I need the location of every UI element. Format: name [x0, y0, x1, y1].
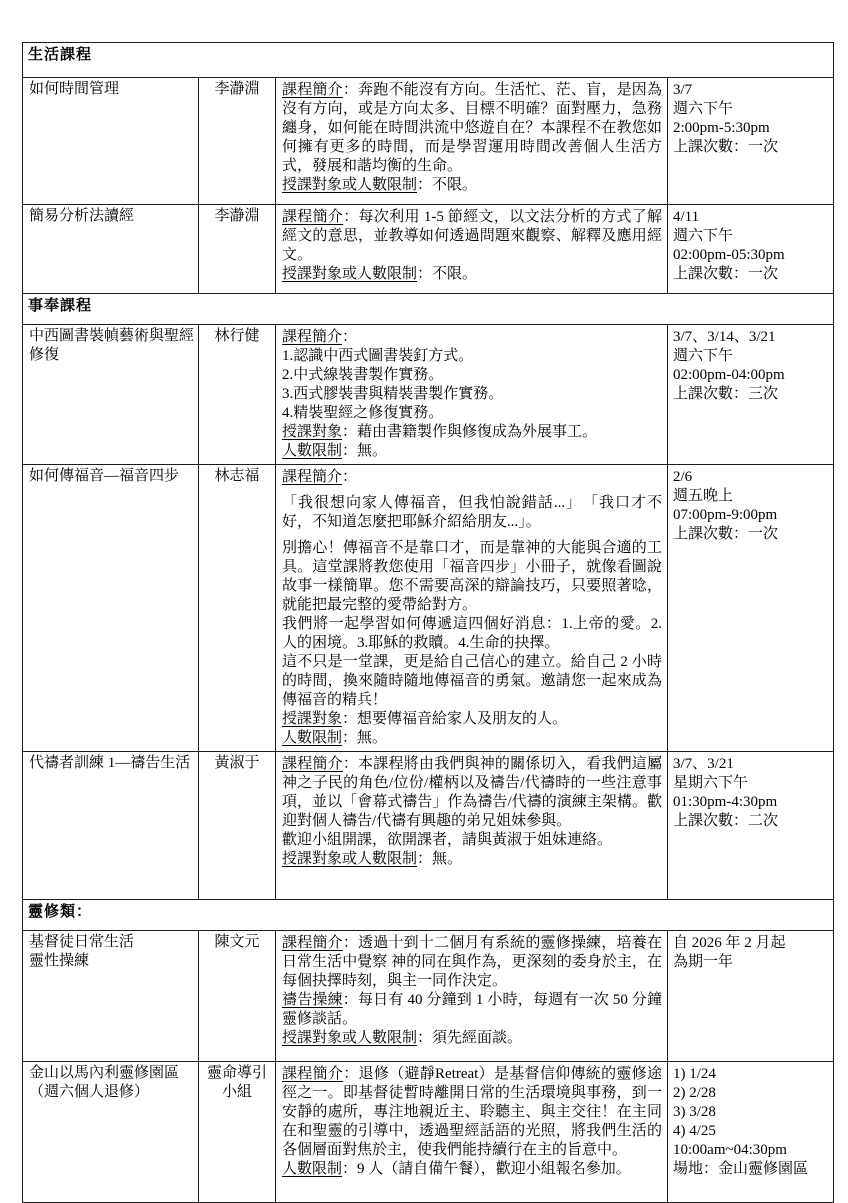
course-teacher-cell: 林志福 [199, 465, 276, 752]
course-row: 基督徒日常生活靈性操練陳文元課程簡介：透過十到十二個月有系統的靈修操練，培養在日… [23, 931, 834, 1062]
description-paragraph: 3.西式膠裝書與精裝書製作實務。 [282, 385, 662, 404]
description-paragraph: 1.認識中西式圖書裝釘方式。 [282, 347, 662, 366]
field-label: 課程簡介 [282, 935, 343, 951]
course-teacher: 林志福 [201, 467, 273, 486]
schedule-line: 3) 3/28 [673, 1103, 830, 1122]
schedule-line: 上課次數：三次 [673, 385, 830, 404]
course-description-cell: 課程簡介：透過十到十二個月有系統的靈修操練，培養在日常生活中覺察 神的同在與作為… [276, 931, 668, 1062]
field-label: 課程簡介 [282, 756, 343, 772]
description-paragraph: 課程簡介：本課程將由我們與神的關係切入，看我們這屬神之子民的角色/位份/權柄以及… [282, 755, 662, 831]
field-label: 人數限制 [282, 443, 342, 459]
course-schedule-cell: 3/7、3/14、3/21週六下午02:00pm-04:00pm上課次數：三次 [668, 325, 834, 465]
course-teacher: 林行健 [201, 327, 273, 346]
section-header: 生活課程 [23, 43, 834, 78]
description-paragraph: 課程簡介：奔跑不能沒有方向。生活忙、茫、盲，是因為沒有方向，或是方向太多、目標不… [282, 81, 662, 176]
description-paragraph: 人數限制：9 人（請自備午餐），歡迎小組報名參加。 [282, 1160, 662, 1179]
course-description-cell: 課程簡介：「我很想向家人傳福音，但我怕說錯話...」 「我口才不好，不知道怎麼把… [276, 465, 668, 752]
field-label: 授課對象或人數限制 [282, 1030, 417, 1046]
description-paragraph: 授課對象或人數限制：無。 [282, 850, 662, 869]
field-label: 授課對象或人數限制 [282, 851, 417, 867]
section-header-row: 靈修類： [23, 900, 834, 931]
description-paragraph: 「我很想向家人傳福音，但我怕說錯話...」 「我口才不好，不知道怎麼把耶穌介紹給… [282, 494, 662, 532]
course-description-cell: 課程簡介：每次利用 1-5 節經文，以文法分析的方式了解經文的意思，並教導如何透… [276, 205, 668, 294]
schedule-line: 場地：金山靈修園區 [673, 1160, 830, 1179]
schedule-line: 2/6 [673, 468, 830, 487]
course-row: 如何傳福音—福音四步林志福課程簡介：「我很想向家人傳福音，但我怕說錯話...」 … [23, 465, 834, 752]
course-name: 基督徒日常生活 [29, 933, 194, 952]
field-label: 人數限制 [282, 1161, 342, 1177]
course-name-cell: 金山以馬內利靈修園區（週六個人退修） [23, 1062, 199, 1203]
description-paragraph: 授課對象：藉由書籍製作與修復成為外展事工。 [282, 423, 662, 442]
course-teacher: 李瀞淵 [201, 80, 273, 99]
course-name: 簡易分析法讀經 [29, 207, 194, 226]
field-label: 授課對象 [282, 424, 342, 440]
schedule-line: 週六下午 [673, 347, 830, 366]
course-schedule-cell: 2/6週五晚上07:00pm-9:00pm上課次數：一次 [668, 465, 834, 752]
course-teacher-cell: 李瀞淵 [199, 205, 276, 294]
schedule-line: 10:00am~04:30pm [673, 1141, 830, 1160]
description-paragraph: 別擔心！傳福音不是靠口才，而是靠神的大能與合適的工具。這堂課將教您使用「福音四步… [282, 539, 662, 615]
schedule-line: 週六下午 [673, 227, 830, 246]
description-paragraph: 授課對象或人數限制：不限。 [282, 265, 662, 284]
schedule-line: 4/11 [673, 208, 830, 227]
course-schedule-table: 生活課程如何時間管理李瀞淵課程簡介：奔跑不能沒有方向。生活忙、茫、盲，是因為沒有… [22, 42, 834, 1203]
description-paragraph: 這不只是一堂課，更是給自己信心的建立。給自己 2 小時的時間，換來隨時隨地傳福音… [282, 653, 662, 710]
course-schedule-cell: 4/11週六下午02:00pm-05:30pm上課次數：一次 [668, 205, 834, 294]
course-description-cell: 課程簡介：1.認識中西式圖書裝釘方式。2.中式線裝書製作實務。3.西式膠裝書與精… [276, 325, 668, 465]
description-paragraph: 4.精裝聖經之修復實務。 [282, 404, 662, 423]
course-teacher-cell: 李瀞淵 [199, 78, 276, 205]
course-description-cell: 課程簡介：本課程將由我們與神的關係切入，看我們這屬神之子民的角色/位份/權柄以及… [276, 752, 668, 900]
field-label: 禱告操練 [282, 992, 343, 1008]
schedule-line: 週五晚上 [673, 487, 830, 506]
course-name-cell: 簡易分析法讀經 [23, 205, 199, 294]
course-name-cell: 如何傳福音—福音四步 [23, 465, 199, 752]
course-row: 中西圖書裝幀藝術與聖經修復林行健課程簡介：1.認識中西式圖書裝釘方式。2.中式線… [23, 325, 834, 465]
description-paragraph: 我們將一起學習如何傳遞這四個好消息：1.上帝的愛。2.人的困境。3.耶穌的救贖。… [282, 615, 662, 653]
schedule-line: 週六下午 [673, 100, 830, 119]
description-paragraph: 禱告操練：每日有 40 分鐘到 1 小時，每週有一次 50 分鐘靈修談話。 [282, 991, 662, 1029]
schedule-line: 1) 1/24 [673, 1065, 830, 1084]
schedule-line: 上課次數：一次 [673, 265, 830, 284]
course-row: 簡易分析法讀經李瀞淵課程簡介：每次利用 1-5 節經文，以文法分析的方式了解經文… [23, 205, 834, 294]
course-name: 中西圖書裝幀藝術與聖經 [29, 327, 194, 346]
description-paragraph: 授課對象或人數限制：須先經面談。 [282, 1029, 662, 1048]
description-paragraph: 人數限制：無。 [282, 729, 662, 748]
course-name: （週六個人退修） [29, 1083, 194, 1102]
schedule-line: 02:00pm-04:00pm [673, 366, 830, 385]
description-paragraph: 課程簡介：每次利用 1-5 節經文，以文法分析的方式了解經文的意思，並教導如何透… [282, 208, 662, 265]
schedule-line: 為期一年 [673, 953, 830, 972]
field-label: 課程簡介 [282, 1066, 343, 1082]
schedule-line: 上課次數：一次 [673, 525, 830, 544]
course-name-cell: 如何時間管理 [23, 78, 199, 205]
course-teacher: 陳文元 [201, 933, 273, 952]
course-schedule-cell: 3/7週六下午2:00pm-5:30pm上課次數：一次 [668, 78, 834, 205]
course-teacher: 小組 [201, 1083, 273, 1102]
course-teacher-cell: 林行健 [199, 325, 276, 465]
course-teacher: 黃淑于 [201, 754, 273, 773]
course-teacher-cell: 陳文元 [199, 931, 276, 1062]
course-name: 代禱者訓練 1—禱告生活 [29, 754, 194, 773]
course-description-cell: 課程簡介：退修（避靜Retreat）是基督信仰傳統的靈修途徑之一。即基督徒暫時離… [276, 1062, 668, 1203]
course-row: 金山以馬內利靈修園區（週六個人退修）靈命導引小組課程簡介：退修（避靜Retrea… [23, 1062, 834, 1203]
schedule-line: 3/7 [673, 81, 830, 100]
description-paragraph: 歡迎小組開課，欲開課者，請與黃淑于姐妹連絡。 [282, 831, 662, 850]
section-header-row: 事奉課程 [23, 294, 834, 325]
course-name-cell: 基督徒日常生活靈性操練 [23, 931, 199, 1062]
schedule-line: 3/7、3/14、3/21 [673, 328, 830, 347]
schedule-line: 4) 4/25 [673, 1122, 830, 1141]
course-description-cell: 課程簡介：奔跑不能沒有方向。生活忙、茫、盲，是因為沒有方向，或是方向太多、目標不… [276, 78, 668, 205]
schedule-line: 02:00pm-05:30pm [673, 246, 830, 265]
schedule-line: 自 2026 年 2 月起 [673, 934, 830, 953]
schedule-line: 星期六下午 [673, 774, 830, 793]
course-row: 代禱者訓練 1—禱告生活黃淑于課程簡介：本課程將由我們與神的關係切入，看我們這屬… [23, 752, 834, 900]
field-label: 課程簡介 [282, 469, 342, 485]
course-table-body: 生活課程如何時間管理李瀞淵課程簡介：奔跑不能沒有方向。生活忙、茫、盲，是因為沒有… [23, 43, 834, 1203]
course-name-cell: 中西圖書裝幀藝術與聖經修復 [23, 325, 199, 465]
course-schedule-cell: 自 2026 年 2 月起為期一年 [668, 931, 834, 1062]
section-header: 事奉課程 [23, 294, 834, 325]
course-name: 金山以馬內利靈修園區 [29, 1064, 194, 1083]
course-name: 修復 [29, 346, 194, 365]
description-paragraph: 授課對象或人數限制：不限。 [282, 176, 662, 195]
schedule-line: 上課次數：二次 [673, 812, 830, 831]
course-teacher-cell: 黃淑于 [199, 752, 276, 900]
field-label: 課程簡介 [282, 209, 343, 225]
field-label: 授課對象 [282, 711, 342, 727]
schedule-line: 2:00pm-5:30pm [673, 119, 830, 138]
description-paragraph: 課程簡介：透過十到十二個月有系統的靈修操練，培養在日常生活中覺察 神的同在與作為… [282, 934, 662, 991]
course-schedule-cell: 3/7、3/21星期六下午01:30pm-4:30pm上課次數：二次 [668, 752, 834, 900]
schedule-line: 上課次數：一次 [673, 138, 830, 157]
field-label: 課程簡介 [282, 329, 342, 345]
course-name: 如何時間管理 [29, 80, 194, 99]
description-paragraph: 課程簡介： [282, 328, 662, 347]
field-label: 授課對象或人數限制 [282, 177, 417, 193]
catalog-page: 生活課程如何時間管理李瀞淵課程簡介：奔跑不能沒有方向。生活忙、茫、盲，是因為沒有… [0, 0, 848, 1200]
schedule-line: 01:30pm-4:30pm [673, 793, 830, 812]
description-paragraph: 授課對象：想要傳福音給家人及朋友的人。 [282, 710, 662, 729]
field-label: 課程簡介 [282, 82, 343, 98]
course-schedule-cell: 1) 1/242) 2/283) 3/284) 4/2510:00am~04:3… [668, 1062, 834, 1203]
course-teacher: 李瀞淵 [201, 207, 273, 226]
description-paragraph: 課程簡介：退修（避靜Retreat）是基督信仰傳統的靈修途徑之一。即基督徒暫時離… [282, 1065, 662, 1160]
course-teacher-cell: 靈命導引小組 [199, 1062, 276, 1203]
course-name: 靈性操練 [29, 952, 194, 971]
description-paragraph: 人數限制：無。 [282, 442, 662, 461]
course-row: 如何時間管理李瀞淵課程簡介：奔跑不能沒有方向。生活忙、茫、盲，是因為沒有方向，或… [23, 78, 834, 205]
schedule-line: 2) 2/28 [673, 1084, 830, 1103]
section-header: 靈修類： [23, 900, 834, 931]
field-label: 授課對象或人數限制 [282, 266, 417, 282]
schedule-line: 07:00pm-9:00pm [673, 506, 830, 525]
course-teacher: 靈命導引 [201, 1064, 273, 1083]
description-paragraph: 2.中式線裝書製作實務。 [282, 366, 662, 385]
field-label: 人數限制 [282, 730, 342, 746]
schedule-line: 3/7、3/21 [673, 755, 830, 774]
course-name: 如何傳福音—福音四步 [29, 467, 194, 486]
course-name-cell: 代禱者訓練 1—禱告生活 [23, 752, 199, 900]
description-paragraph: 課程簡介： [282, 468, 662, 487]
section-header-row: 生活課程 [23, 43, 834, 78]
